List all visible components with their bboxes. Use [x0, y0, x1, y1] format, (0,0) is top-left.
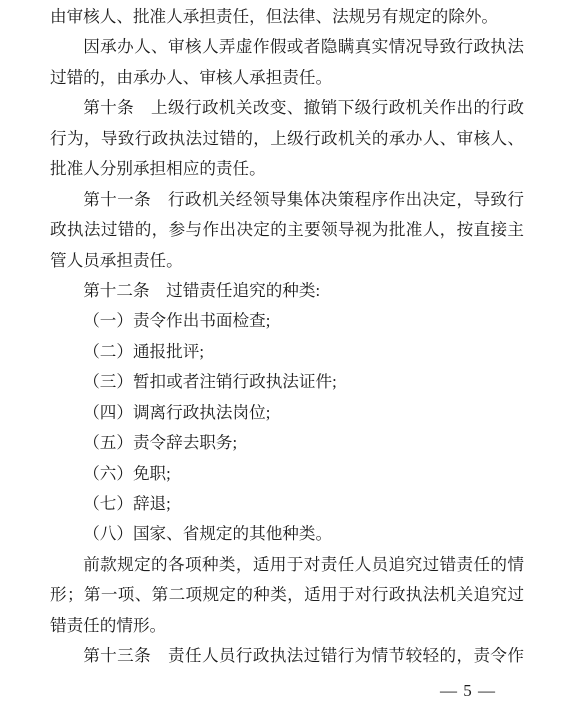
text-line: （七）辞退; — [50, 489, 524, 519]
text-line: （一）责令作出书面检查; — [50, 306, 524, 336]
text-line: 管人员承担责任。 — [50, 246, 524, 276]
text-line: 行为，导致行政执法过错的，上级行政机关的承办人、审核人、 — [50, 124, 524, 154]
text-line: 批准人分别承担相应的责任。 — [50, 154, 524, 184]
text-line: （四）调离行政执法岗位; — [50, 398, 524, 428]
text-line: 第十一条 行政机关经领导集体决策程序作出决定，导致行 — [50, 185, 524, 215]
page-number: — 5 — — [440, 681, 496, 701]
text-line: 错责任的情形。 — [50, 611, 524, 641]
text-line: （三）暂扣或者注销行政执法证件; — [50, 367, 524, 397]
text-line: （六）免职; — [50, 459, 524, 489]
text-line: 第十条 上级行政机关改变、撤销下级行政机关作出的行政 — [50, 93, 524, 123]
text-line: 过错的，由承办人、审核人承担责任。 — [50, 63, 524, 93]
text-line: （二）通报批评; — [50, 337, 524, 367]
text-line: （八）国家、省规定的其他种类。 — [50, 519, 524, 549]
text-line: 政执法过错的，参与作出决定的主要领导视为批准人，按直接主 — [50, 215, 524, 245]
text-line: 形；第一项、第二项规定的种类，适用于对行政执法机关追究过 — [50, 580, 524, 610]
text-line: 因承办人、审核人弄虚作假或者隐瞒真实情况导致行政执法 — [50, 32, 524, 62]
text-line: （五）责令辞去职务; — [50, 428, 524, 458]
document-page: 由审核人、批准人承担责任，但法律、法规另有规定的除外。因承办人、审核人弄虚作假或… — [0, 0, 570, 708]
text-block: 由审核人、批准人承担责任，但法律、法规另有规定的除外。因承办人、审核人弄虚作假或… — [50, 2, 524, 672]
text-line: 由审核人、批准人承担责任，但法律、法规另有规定的除外。 — [50, 2, 524, 32]
text-line: 第十三条 责任人员行政执法过错行为情节较轻的，责令作 — [50, 641, 524, 671]
text-line: 前款规定的各项种类，适用于对责任人员追究过错责任的情 — [50, 550, 524, 580]
text-line: 第十二条 过错责任追究的种类: — [50, 276, 524, 306]
